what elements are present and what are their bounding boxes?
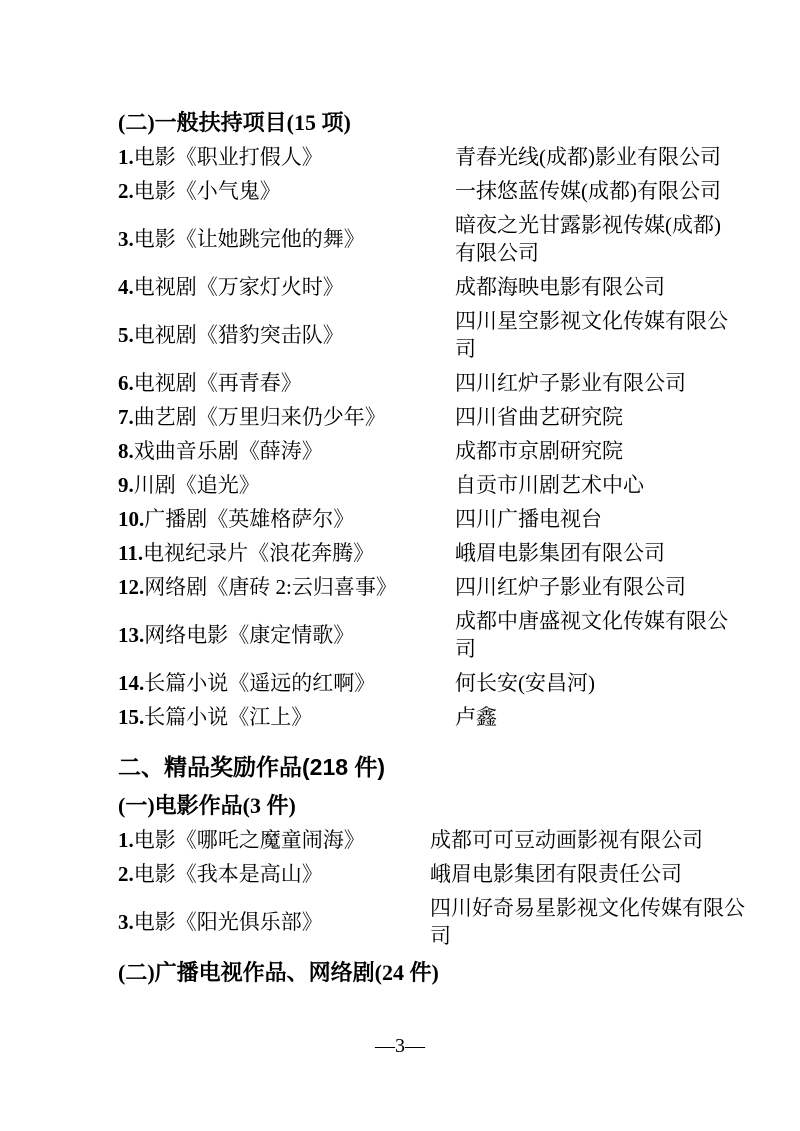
item-title: 电影《职业打假人》 — [134, 145, 323, 169]
document-page: { "page": { "footer_page_number": "—3—" … — [0, 0, 800, 1131]
item-title-cell: 2.电影《小气鬼》 — [118, 177, 455, 205]
item-title: 广播剧《英雄格萨尔》 — [144, 507, 354, 531]
list-item: 1.电影《职业打假人》 青春光线(成都)影业有限公司 — [118, 143, 760, 171]
item-company: 峨眉电影集团有限责任公司 — [430, 860, 760, 888]
item-title-cell: 7.曲艺剧《万里归来仍少年》 — [118, 403, 455, 431]
item-number: 15. — [118, 705, 144, 729]
item-title: 电影《让她跳完他的舞》 — [134, 227, 365, 251]
list-item: 7.曲艺剧《万里归来仍少年》 四川省曲艺研究院 — [118, 403, 760, 431]
item-title-cell: 3.电影《让她跳完他的舞》 — [118, 225, 455, 253]
item-title-cell: 10.广播剧《英雄格萨尔》 — [118, 505, 455, 533]
item-number: 5. — [118, 323, 134, 347]
list-item: 10.广播剧《英雄格萨尔》 四川广播电视台 — [118, 505, 760, 533]
item-number: 8. — [118, 439, 134, 463]
item-title-cell: 15.长篇小说《江上》 — [118, 703, 455, 731]
list-item: 2.电影《我本是高山》 峨眉电影集团有限责任公司 — [118, 860, 760, 888]
item-company: 成都海映电影有限公司 — [455, 273, 760, 301]
item-title-cell: 8.戏曲音乐剧《薛涛》 — [118, 437, 455, 465]
item-title-cell: 4.电视剧《万家灯火时》 — [118, 273, 455, 301]
item-title: 川剧《追光》 — [134, 473, 260, 497]
item-title: 电影《哪吒之魔童闹海》 — [134, 828, 365, 852]
item-company: 四川广播电视台 — [455, 505, 760, 533]
item-title-cell: 5.电视剧《猎豹突击队》 — [118, 321, 455, 349]
item-title-cell: 6.电视剧《再青春》 — [118, 369, 455, 397]
list-item: 3.电影《阳光俱乐部》 四川好奇易星影视文化传媒有限公 司 — [118, 894, 760, 950]
subheading-film-works: (一)电影作品(3 件) — [118, 789, 760, 823]
item-company: 四川红炉子影业有限公司 — [455, 369, 760, 397]
item-company: 四川红炉子影业有限公司 — [455, 573, 760, 601]
item-number: 11. — [118, 541, 143, 565]
list-item: 9.川剧《追光》 自贡市川剧艺术中心 — [118, 471, 760, 499]
item-title-cell: 1.电影《哪吒之魔童闹海》 — [118, 826, 430, 854]
item-number: 13. — [118, 623, 144, 647]
item-title: 长篇小说《江上》 — [144, 705, 312, 729]
list-item: 5.电视剧《猎豹突击队》 四川星空影视文化传媒有限公 司 — [118, 307, 760, 363]
item-company: 自贡市川剧艺术中心 — [455, 471, 760, 499]
list-item: 1.电影《哪吒之魔童闹海》 成都可可豆动画影视有限公司 — [118, 826, 760, 854]
item-company: 四川好奇易星影视文化传媒有限公 司 — [430, 894, 760, 950]
item-number: 3. — [118, 910, 134, 934]
item-title: 曲艺剧《万里归来仍少年》 — [134, 405, 386, 429]
item-title: 电影《我本是高山》 — [134, 862, 323, 886]
item-number: 4. — [118, 275, 134, 299]
item-number: 7. — [118, 405, 134, 429]
list-item: 2.电影《小气鬼》 一抹悠蓝传媒(成都)有限公司 — [118, 177, 760, 205]
item-number: 10. — [118, 507, 144, 531]
item-title: 长篇小说《遥远的红啊》 — [144, 671, 375, 695]
list-item: 14.长篇小说《遥远的红啊》 何长安(安昌河) — [118, 669, 760, 697]
item-title: 网络电影《康定情歌》 — [144, 623, 354, 647]
list-item: 12.网络剧《唐砖 2:云归喜事》 四川红炉子影业有限公司 — [118, 573, 760, 601]
item-title-cell: 9.川剧《追光》 — [118, 471, 455, 499]
major-heading-premium-awards: 二、精品奖励作品(218 件) — [118, 749, 760, 785]
item-company: 峨眉电影集团有限公司 — [455, 539, 760, 567]
item-company: 何长安(安昌河) — [455, 669, 760, 697]
item-title: 电影《小气鬼》 — [134, 179, 281, 203]
item-company: 四川省曲艺研究院 — [455, 403, 760, 431]
section-heading-general-support: (二)一般扶持项目(15 项) — [118, 106, 760, 140]
item-company: 四川星空影视文化传媒有限公 司 — [455, 307, 760, 363]
list-item: 3.电影《让她跳完他的舞》 暗夜之光甘露影视传媒(成都) 有限公司 — [118, 211, 760, 267]
item-title-cell: 12.网络剧《唐砖 2:云归喜事》 — [118, 573, 455, 601]
item-number: 14. — [118, 671, 144, 695]
item-title: 电影《阳光俱乐部》 — [134, 910, 323, 934]
item-title-cell: 11.电视纪录片《浪花奔腾》 — [118, 539, 455, 567]
item-number: 9. — [118, 473, 134, 497]
item-company: 一抹悠蓝传媒(成都)有限公司 — [455, 177, 760, 205]
item-title-cell: 3.电影《阳光俱乐部》 — [118, 908, 430, 936]
item-title-cell: 13.网络电影《康定情歌》 — [118, 621, 455, 649]
list-item: 15.长篇小说《江上》 卢鑫 — [118, 703, 760, 731]
list-item: 11.电视纪录片《浪花奔腾》 峨眉电影集团有限公司 — [118, 539, 760, 567]
item-title: 戏曲音乐剧《薛涛》 — [134, 439, 323, 463]
item-title-cell: 2.电影《我本是高山》 — [118, 860, 430, 888]
item-number: 2. — [118, 179, 134, 203]
list-item: 4.电视剧《万家灯火时》 成都海映电影有限公司 — [118, 273, 760, 301]
item-number: 1. — [118, 828, 134, 852]
item-title: 电视剧《万家灯火时》 — [134, 275, 344, 299]
item-company: 青春光线(成都)影业有限公司 — [455, 143, 760, 171]
item-title: 电视剧《再青春》 — [134, 371, 302, 395]
item-number: 12. — [118, 575, 144, 599]
item-company: 卢鑫 — [455, 703, 760, 731]
item-company: 成都中唐盛视文化传媒有限公 司 — [455, 607, 760, 663]
document-content: (二)一般扶持项目(15 项) 1.电影《职业打假人》 青春光线(成都)影业有限… — [118, 106, 760, 993]
item-number: 1. — [118, 145, 134, 169]
item-title-cell: 1.电影《职业打假人》 — [118, 143, 455, 171]
item-number: 2. — [118, 862, 134, 886]
item-company: 暗夜之光甘露影视传媒(成都) 有限公司 — [455, 211, 760, 267]
item-title: 网络剧《唐砖 2:云归喜事》 — [144, 575, 397, 599]
list-item: 13.网络电影《康定情歌》 成都中唐盛视文化传媒有限公 司 — [118, 607, 760, 663]
page-number: —3— — [0, 1034, 800, 1058]
item-company: 成都可可豆动画影视有限公司 — [430, 826, 760, 854]
item-number: 6. — [118, 371, 134, 395]
item-company: 成都市京剧研究院 — [455, 437, 760, 465]
item-number: 3. — [118, 227, 134, 251]
list-item: 8.戏曲音乐剧《薛涛》 成都市京剧研究院 — [118, 437, 760, 465]
item-title: 电视纪录片《浪花奔腾》 — [143, 541, 374, 565]
list-item: 6.电视剧《再青春》 四川红炉子影业有限公司 — [118, 369, 760, 397]
item-title: 电视剧《猎豹突击队》 — [134, 323, 344, 347]
item-title-cell: 14.长篇小说《遥远的红啊》 — [118, 669, 455, 697]
subheading-broadcast-tv-works: (二)广播电视作品、网络剧(24 件) — [118, 956, 760, 990]
